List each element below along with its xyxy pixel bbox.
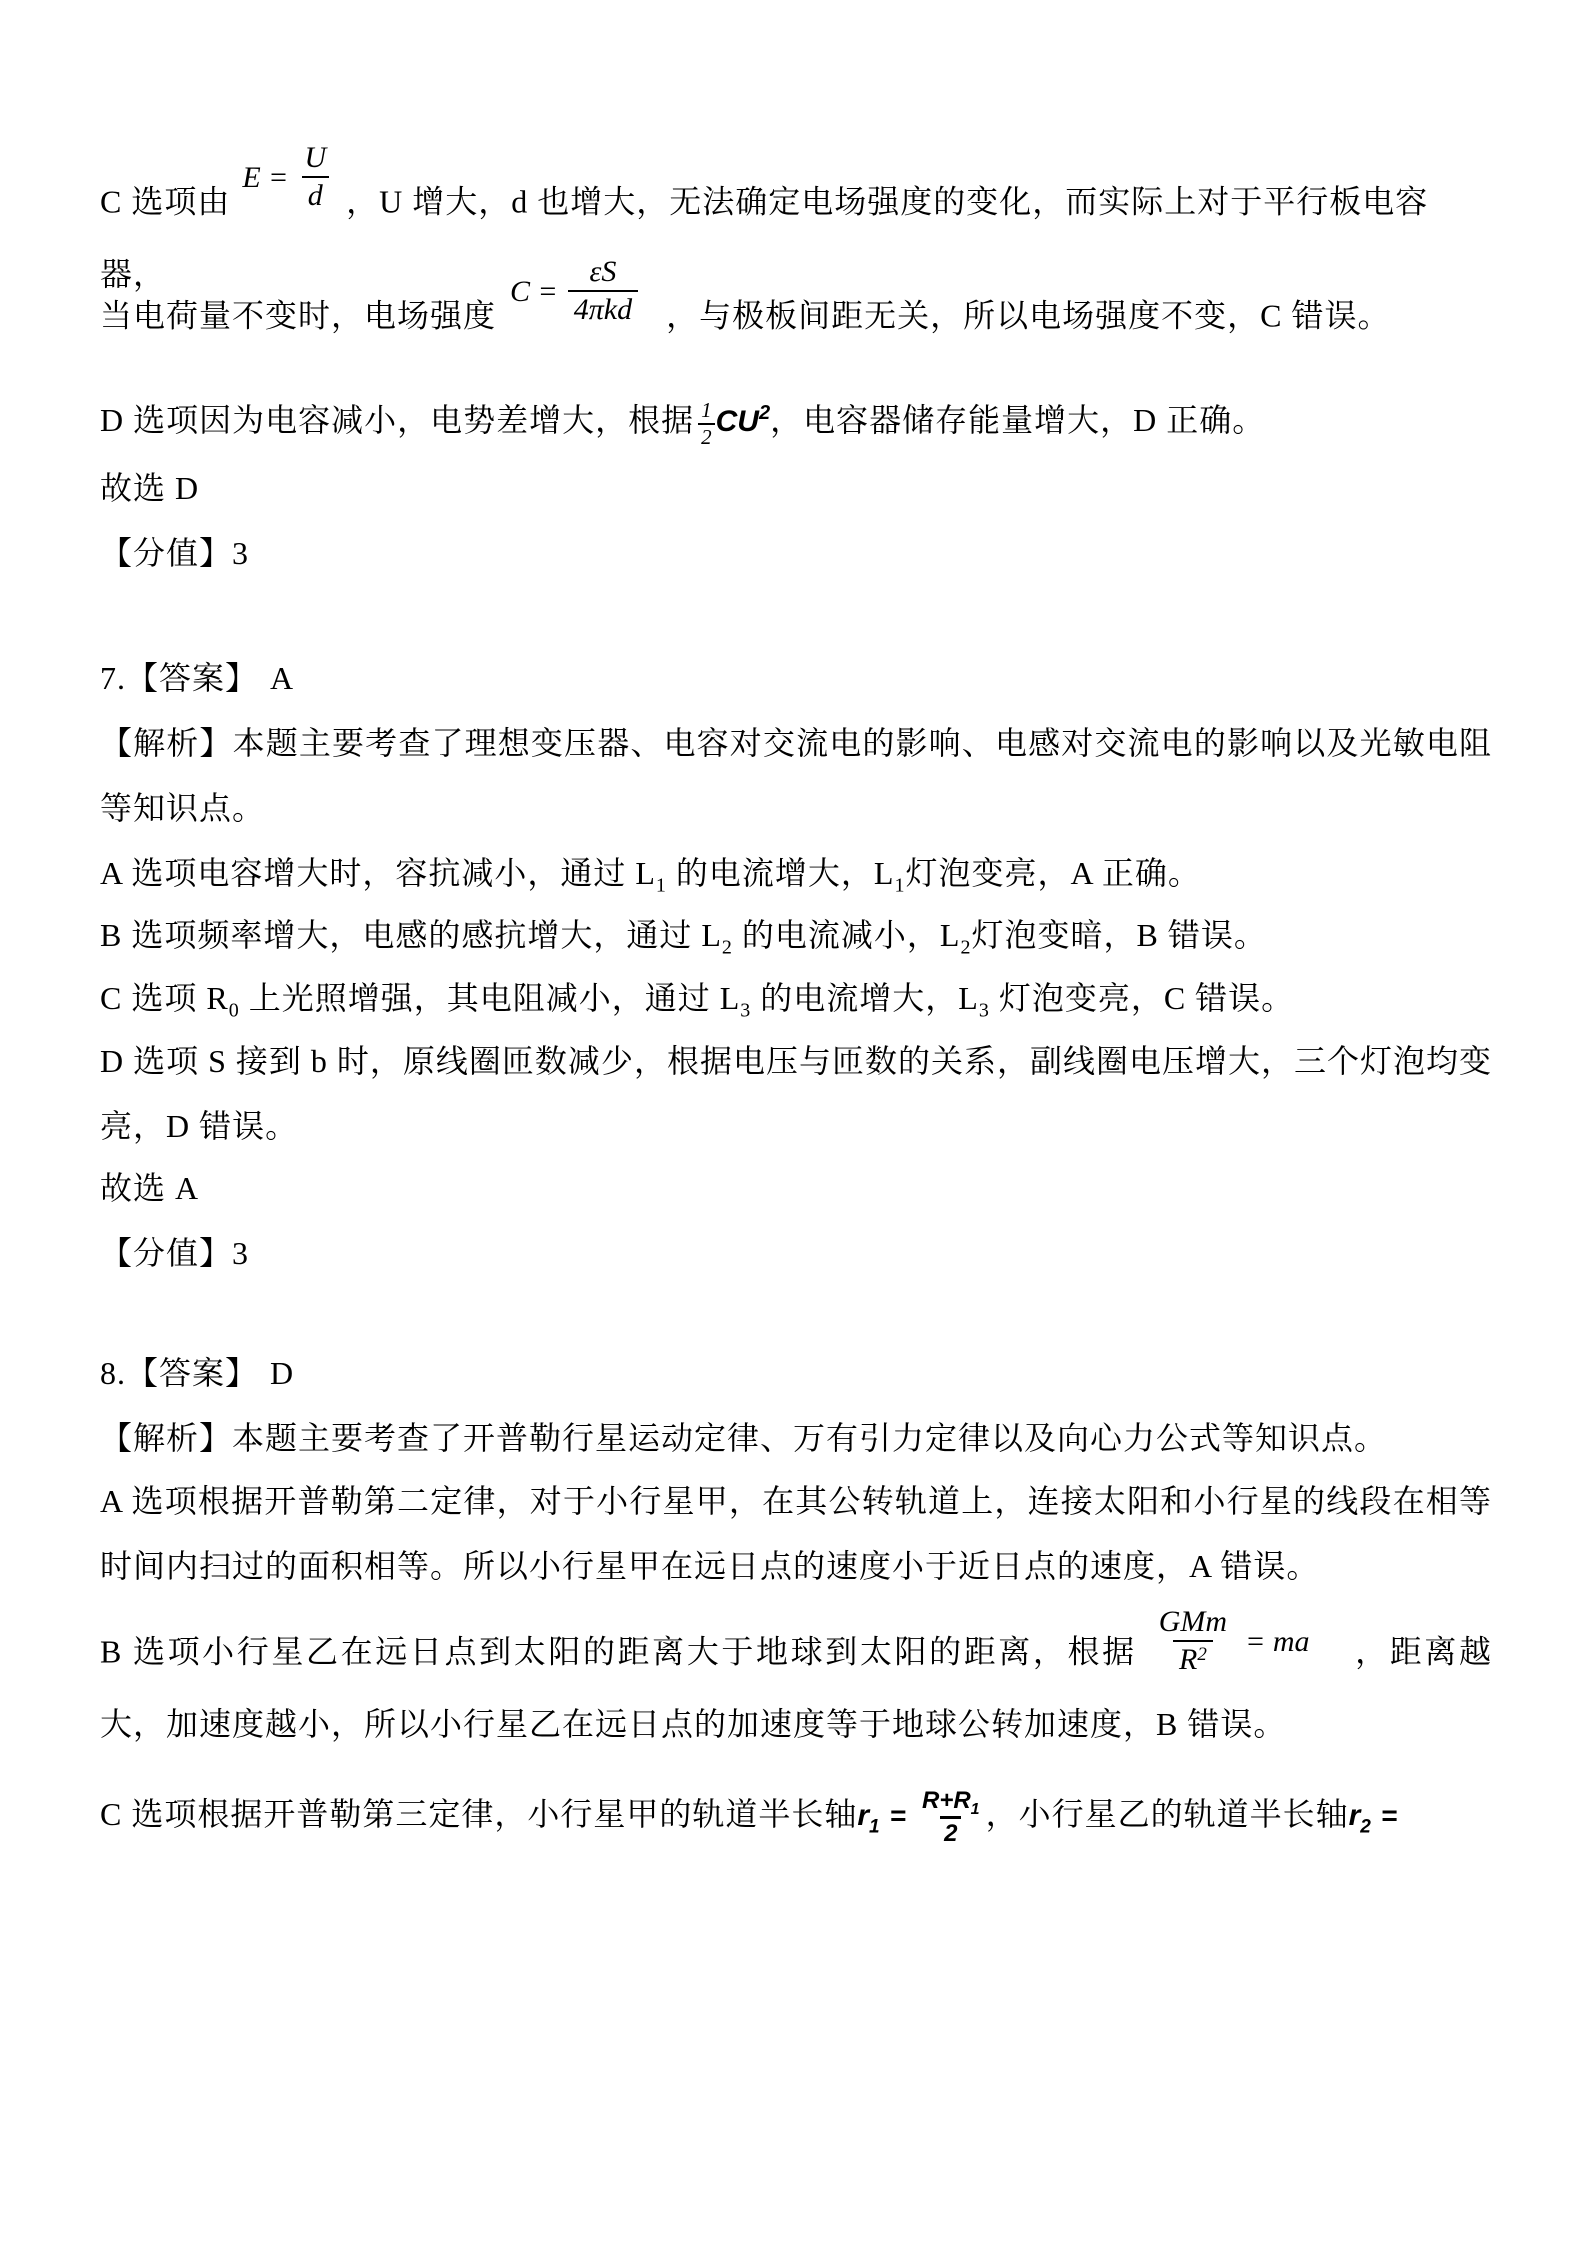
text-run: 灯泡变亮，A 正确。 [905,855,1200,891]
chosen-answer: 故选 A [100,1170,199,1206]
subscript: 2 [960,936,971,958]
subscript: 1 [656,874,667,896]
math-base: R+R [922,1787,971,1814]
formula-lhs: C = [510,259,558,324]
q7-analysis: 【解析】本题主要考查了理想变压器、电容对交流电的影响、电感对交流电的影响以及光敏… [100,711,1492,841]
q7-option-a-line: A 选项电容增大时，容抗减小，通过 L1 的电流增大，L1灯泡变亮，A 正确。 [100,841,1492,906]
text-run: B 选项小行星乙在远日点到太阳的距离大于地球到太阳的距离，根据 [100,1633,1137,1669]
text-run: ，电容器储存能量增大，D 正确。 [770,402,1265,438]
analysis-label: 【解析】 [100,725,233,761]
analysis-label: 【解析】 [100,1420,232,1456]
analysis-text: 本题主要考查了开普勒行星运动定律、万有引力定律以及向心力公式等知识点。 [232,1420,1387,1456]
question-number: 8. [100,1355,126,1391]
q6-score-line: 【分值】3 [100,521,1492,586]
math-superscript: 2 [1197,1644,1207,1665]
q8-option-b-line: B 选项小行星乙在远日点到太阳的距离大于地球到太阳的距离，根据GMmR2= ma… [100,1618,1492,1757]
math-var-r1: r [857,1799,869,1832]
fraction-numerator: εS [584,254,623,290]
fraction-denominator: 4πkd [568,290,638,328]
answer-value: D [270,1355,294,1391]
subscript: 1 [894,874,905,896]
text-run: D 选项 S 接到 b 时，原线圈匝数减少，根据电压与匝数的关系，副线圈电压增大… [100,1043,1492,1144]
text-run: 的电流减小，L [733,917,961,953]
subscript: 1 [971,1801,980,1818]
subscript: 0 [229,999,240,1021]
fraction-denominator: R2 [1173,1640,1213,1678]
q7-score-line: 【分值】3 [100,1221,1492,1286]
answer-label: 【答案】 [126,1355,258,1391]
formula-C-equals-epsS-over-4pikd: C =εS4πkd [510,254,638,328]
math-base: R [1179,1643,1197,1676]
fraction: 12 [698,398,715,450]
fraction-numerator: 1 [698,398,715,423]
q7-answer-line: 7.【答案】A [100,646,1492,711]
math-var-r2: r [1349,1799,1361,1832]
text-run: ，小行星乙的轨道半长轴 [986,1796,1349,1832]
subscript: 3 [740,999,751,1021]
fraction-denominator: 2 [698,423,715,450]
formula-rhs: = ma [1245,1609,1309,1674]
text-run: A 选项电容增大时，容抗减小，通过 L [100,855,656,891]
formula-lhs: E = [242,145,288,210]
score-value: 【分值】3 [100,535,249,571]
text-run: 的电流增大，L [667,855,895,891]
math-base: CU [716,405,759,438]
subscript: 1 [869,1816,880,1837]
q6-choose-line: 故选 D [100,456,1492,521]
math-superscript: 2 [759,402,770,424]
formula-E-equals-U-over-d: E =Ud [242,140,332,214]
fraction-numerator: GMm [1153,1604,1233,1640]
fraction-denominator: 2 [940,1816,961,1849]
text-run: 灯泡变暗，B 错误。 [971,917,1266,953]
equals-sign: = [1381,1800,1397,1831]
fraction-denominator: d [302,176,329,214]
equals-sign: = [890,1800,906,1831]
fraction: R+R12 [918,1786,984,1849]
fraction-numerator: R+R1 [918,1786,984,1816]
text-run: D 选项因为电容减小，电势差增大，根据 [100,402,694,438]
q7-option-b-line: B 选项频率增大，电感的感抗增大，通过 L2 的电流减小，L2灯泡变暗，B 错误… [100,903,1492,968]
q8-answer-line: 8.【答案】D [100,1341,1492,1406]
q6-option-d-line: D 选项因为电容减小，电势差增大，根据12CU2，电容器储存能量增大，D 正确。 [100,388,1492,454]
formula-one-half: 12 [698,398,715,450]
text-run: 上光照增强，其电阻减小，通过 L [240,980,741,1016]
analysis-text: 本题主要考查了理想变压器、电容对交流电的影响、电感对交流电的影响以及光敏电阻等知… [100,725,1492,826]
text-run: 灯泡变亮，C 错误。 [990,980,1294,1016]
text-run: 的电流增大，L [751,980,979,1016]
q7-option-d-line: D 选项 S 接到 b 时，原线圈匝数减少，根据电压与匝数的关系，副线圈电压增大… [100,1029,1492,1159]
formula-CU-squared: CU2 [716,405,770,438]
text-run: C 选项 R [100,980,229,1016]
q8-option-a-line: A 选项根据开普勒第二定律，对于小行星甲，在其公转轨道上，连接太阳和小行星的线段… [100,1469,1492,1599]
fraction: GMmR2 [1153,1604,1233,1678]
q8-option-c-line: C 选项根据开普勒第三定律，小行星甲的轨道半长轴r1=R+R12，小行星乙的轨道… [100,1782,1492,1849]
text-run: C 选项由 [100,183,230,219]
text-run: A 选项根据开普勒第二定律，对于小行星甲，在其公转轨道上，连接太阳和小行星的线段… [100,1483,1492,1584]
fraction: εS4πkd [568,254,638,328]
formula-GMm-over-R2-equals-ma: GMmR2= ma [1153,1604,1310,1678]
document-page: C 选项由E =Ud，U 增大，d 也增大，无法确定电场强度的变化，而实际上对于… [0,0,1586,2244]
answer-value: A [270,660,294,696]
question-number: 7. [100,660,126,696]
q7-option-c-line: C 选项 R0 上光照增强，其电阻减小，通过 L3 的电流增大，L3 灯泡变亮，… [100,966,1492,1031]
subscript: 3 [979,999,990,1021]
chosen-answer: 故选 D [100,470,199,506]
q6-option-c-line2: 当电荷量不变时，电场强度C =εS4πkd，与极板间距无关，所以电场强度不变，C… [100,282,1492,356]
fraction: Ud [298,140,332,214]
text-run: ，与极板间距无关，所以电场强度不变，C 错误。 [666,297,1390,333]
answer-label: 【答案】 [126,660,258,696]
text-run: C 选项根据开普勒第三定律，小行星甲的轨道半长轴 [100,1796,857,1832]
subscript: 2 [1360,1816,1371,1837]
text-run: 当电荷量不变时，电场强度 [100,297,496,333]
score-value: 【分值】3 [100,1235,249,1271]
fraction-numerator: U [298,140,332,176]
subscript: 2 [722,936,733,958]
q8-analysis: 【解析】本题主要考查了开普勒行星运动定律、万有引力定律以及向心力公式等知识点。 [100,1406,1492,1471]
formula-R-plus-R1-over-2: R+R12 [918,1786,984,1849]
q7-choose-line: 故选 A [100,1156,1492,1221]
text-run: B 选项频率增大，电感的感抗增大，通过 L [100,917,722,953]
